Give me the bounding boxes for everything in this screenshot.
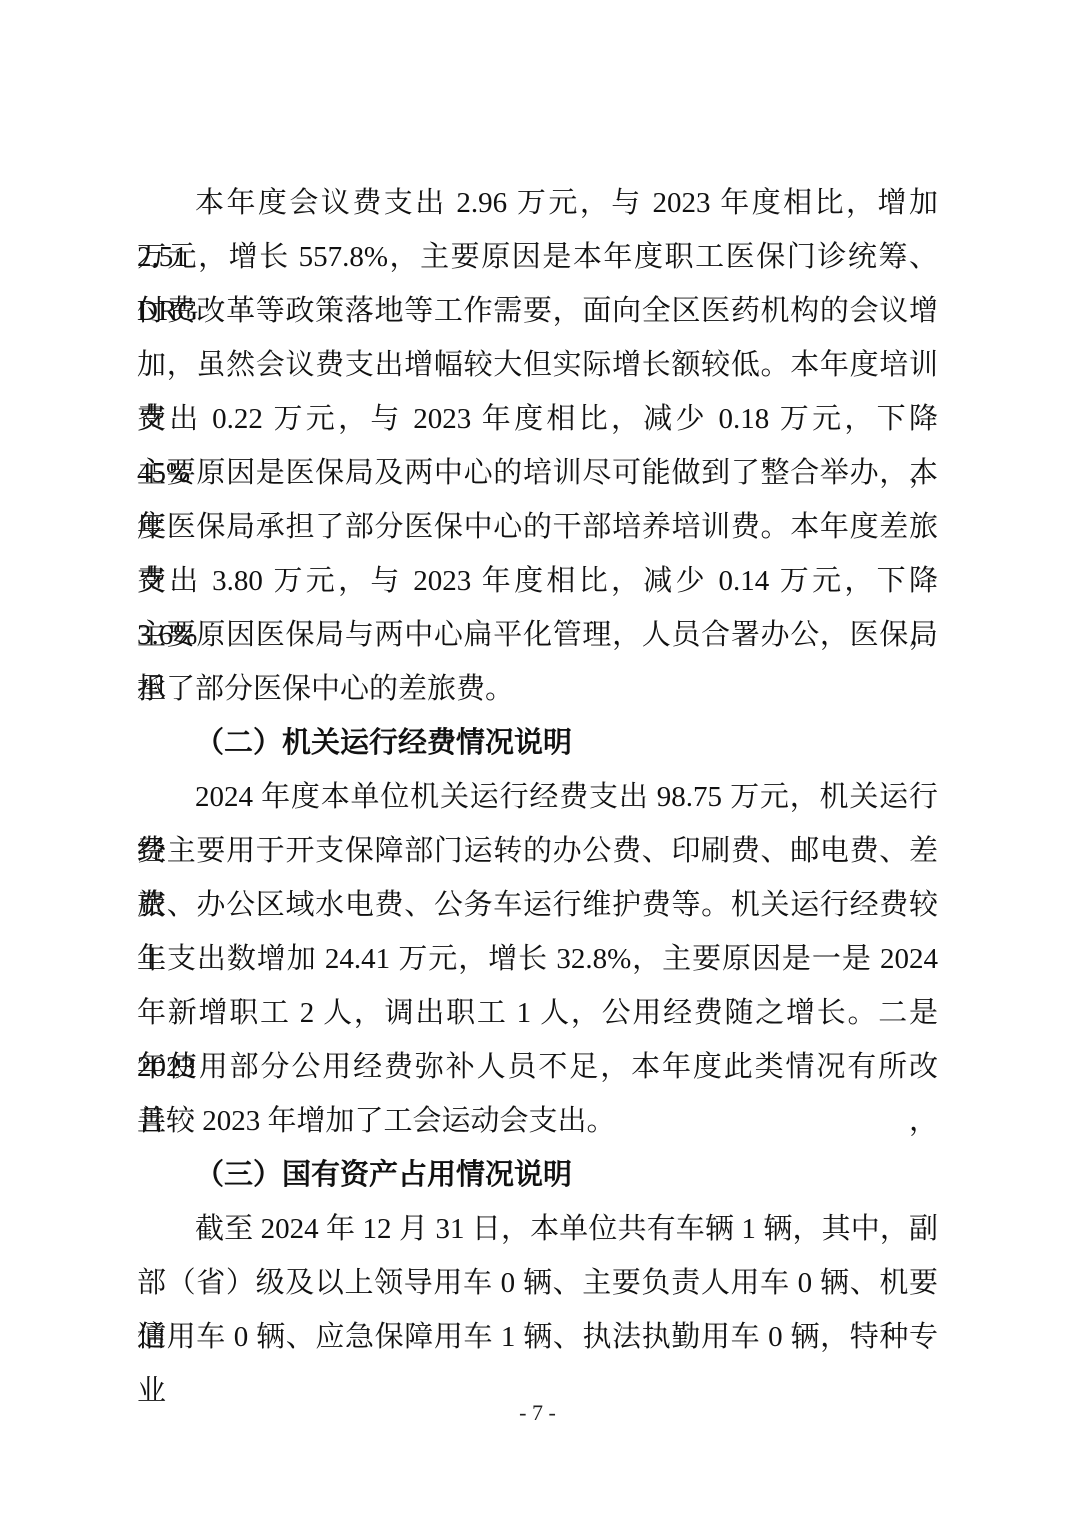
section-heading-state-assets: （三）国有资产占用情况说明	[137, 1148, 938, 1202]
paragraph-line: 支出 3.80 万元，与 2023 年度相比，减少 0.14 万元，下降 3.6…	[137, 554, 938, 608]
paragraph-line: 截至 2024 年 12 月 31 日，本单位共有车辆 1 辆，其中，副	[137, 1202, 938, 1256]
paragraph-line: 年使用部分公用经费弥补人员不足，本年度此类情况有所改善，	[137, 1040, 938, 1094]
document-page: 本年度会议费支出 2.96 万元，与 2023 年度相比，增加 2.51 万元，…	[0, 0, 1075, 1520]
paragraph-line: 年新增职工 2 人，调出职工 1 人，公用经费随之增长。二是 2023	[137, 986, 938, 1040]
paragraph-operating-costs: 2024 年度本单位机关运行经费支出 98.75 万元，机关运行经 费主要用于开…	[137, 770, 938, 1148]
paragraph-line: 度医保局承担了部分医保中心的干部培养培训费。本年度差旅费	[137, 500, 938, 554]
paragraph-line: 费主要用于开支保障部门运转的办公费、印刷费、邮电费、差旅	[137, 824, 938, 878]
paragraph-line: 付费改革等政策落地等工作需要，面向全区医药机构的会议增	[137, 284, 938, 338]
paragraph-line: 主要原因是医保局及两中心的培训尽可能做到了整合举办，本年	[137, 446, 938, 500]
paragraph-line: 加，虽然会议费支出增幅较大但实际增长额较低。本年度培训费	[137, 338, 938, 392]
paragraph-line: 年支出数增加 24.41 万元，增长 32.8%，主要原因是一是 2024	[137, 932, 938, 986]
paragraph-state-assets: 截至 2024 年 12 月 31 日，本单位共有车辆 1 辆，其中，副 部（省…	[137, 1202, 938, 1364]
paragraph-line: 信用车 0 辆、应急保障用车 1 辆、执法执勤用车 0 辆，特种专业	[137, 1310, 938, 1364]
section-heading-operating-costs: （二）机关运行经费情况说明	[137, 716, 938, 770]
page-footer: - 7 -	[0, 1398, 1075, 1428]
paragraph-line: 支出 0.22 万元，与 2023 年度相比，减少 0.18 万元，下降 45%…	[137, 392, 938, 446]
paragraph-line: 费、办公区域水电费、公务车运行维护费等。机关运行经费较上	[137, 878, 938, 932]
paragraph-line: 2024 年度本单位机关运行经费支出 98.75 万元，机关运行经	[137, 770, 938, 824]
page-number: - 7 -	[519, 1400, 556, 1425]
paragraph-line: 万元，增长 557.8%，主要原因是本年度职工医保门诊统筹、DRG	[137, 230, 938, 284]
paragraph-line: 担了部分医保中心的差旅费。	[137, 662, 938, 716]
paragraph-meeting-fees: 本年度会议费支出 2.96 万元，与 2023 年度相比，增加 2.51 万元，…	[137, 176, 938, 716]
paragraph-line: 主要原因医保局与两中心扁平化管理，人员合署办公，医保局承	[137, 608, 938, 662]
paragraph-line: 本年度会议费支出 2.96 万元，与 2023 年度相比，增加 2.51	[137, 176, 938, 230]
document-body: 本年度会议费支出 2.96 万元，与 2023 年度相比，增加 2.51 万元，…	[137, 176, 938, 1364]
paragraph-line: 部（省）级及以上领导用车 0 辆、主要负责人用车 0 辆、机要通	[137, 1256, 938, 1310]
